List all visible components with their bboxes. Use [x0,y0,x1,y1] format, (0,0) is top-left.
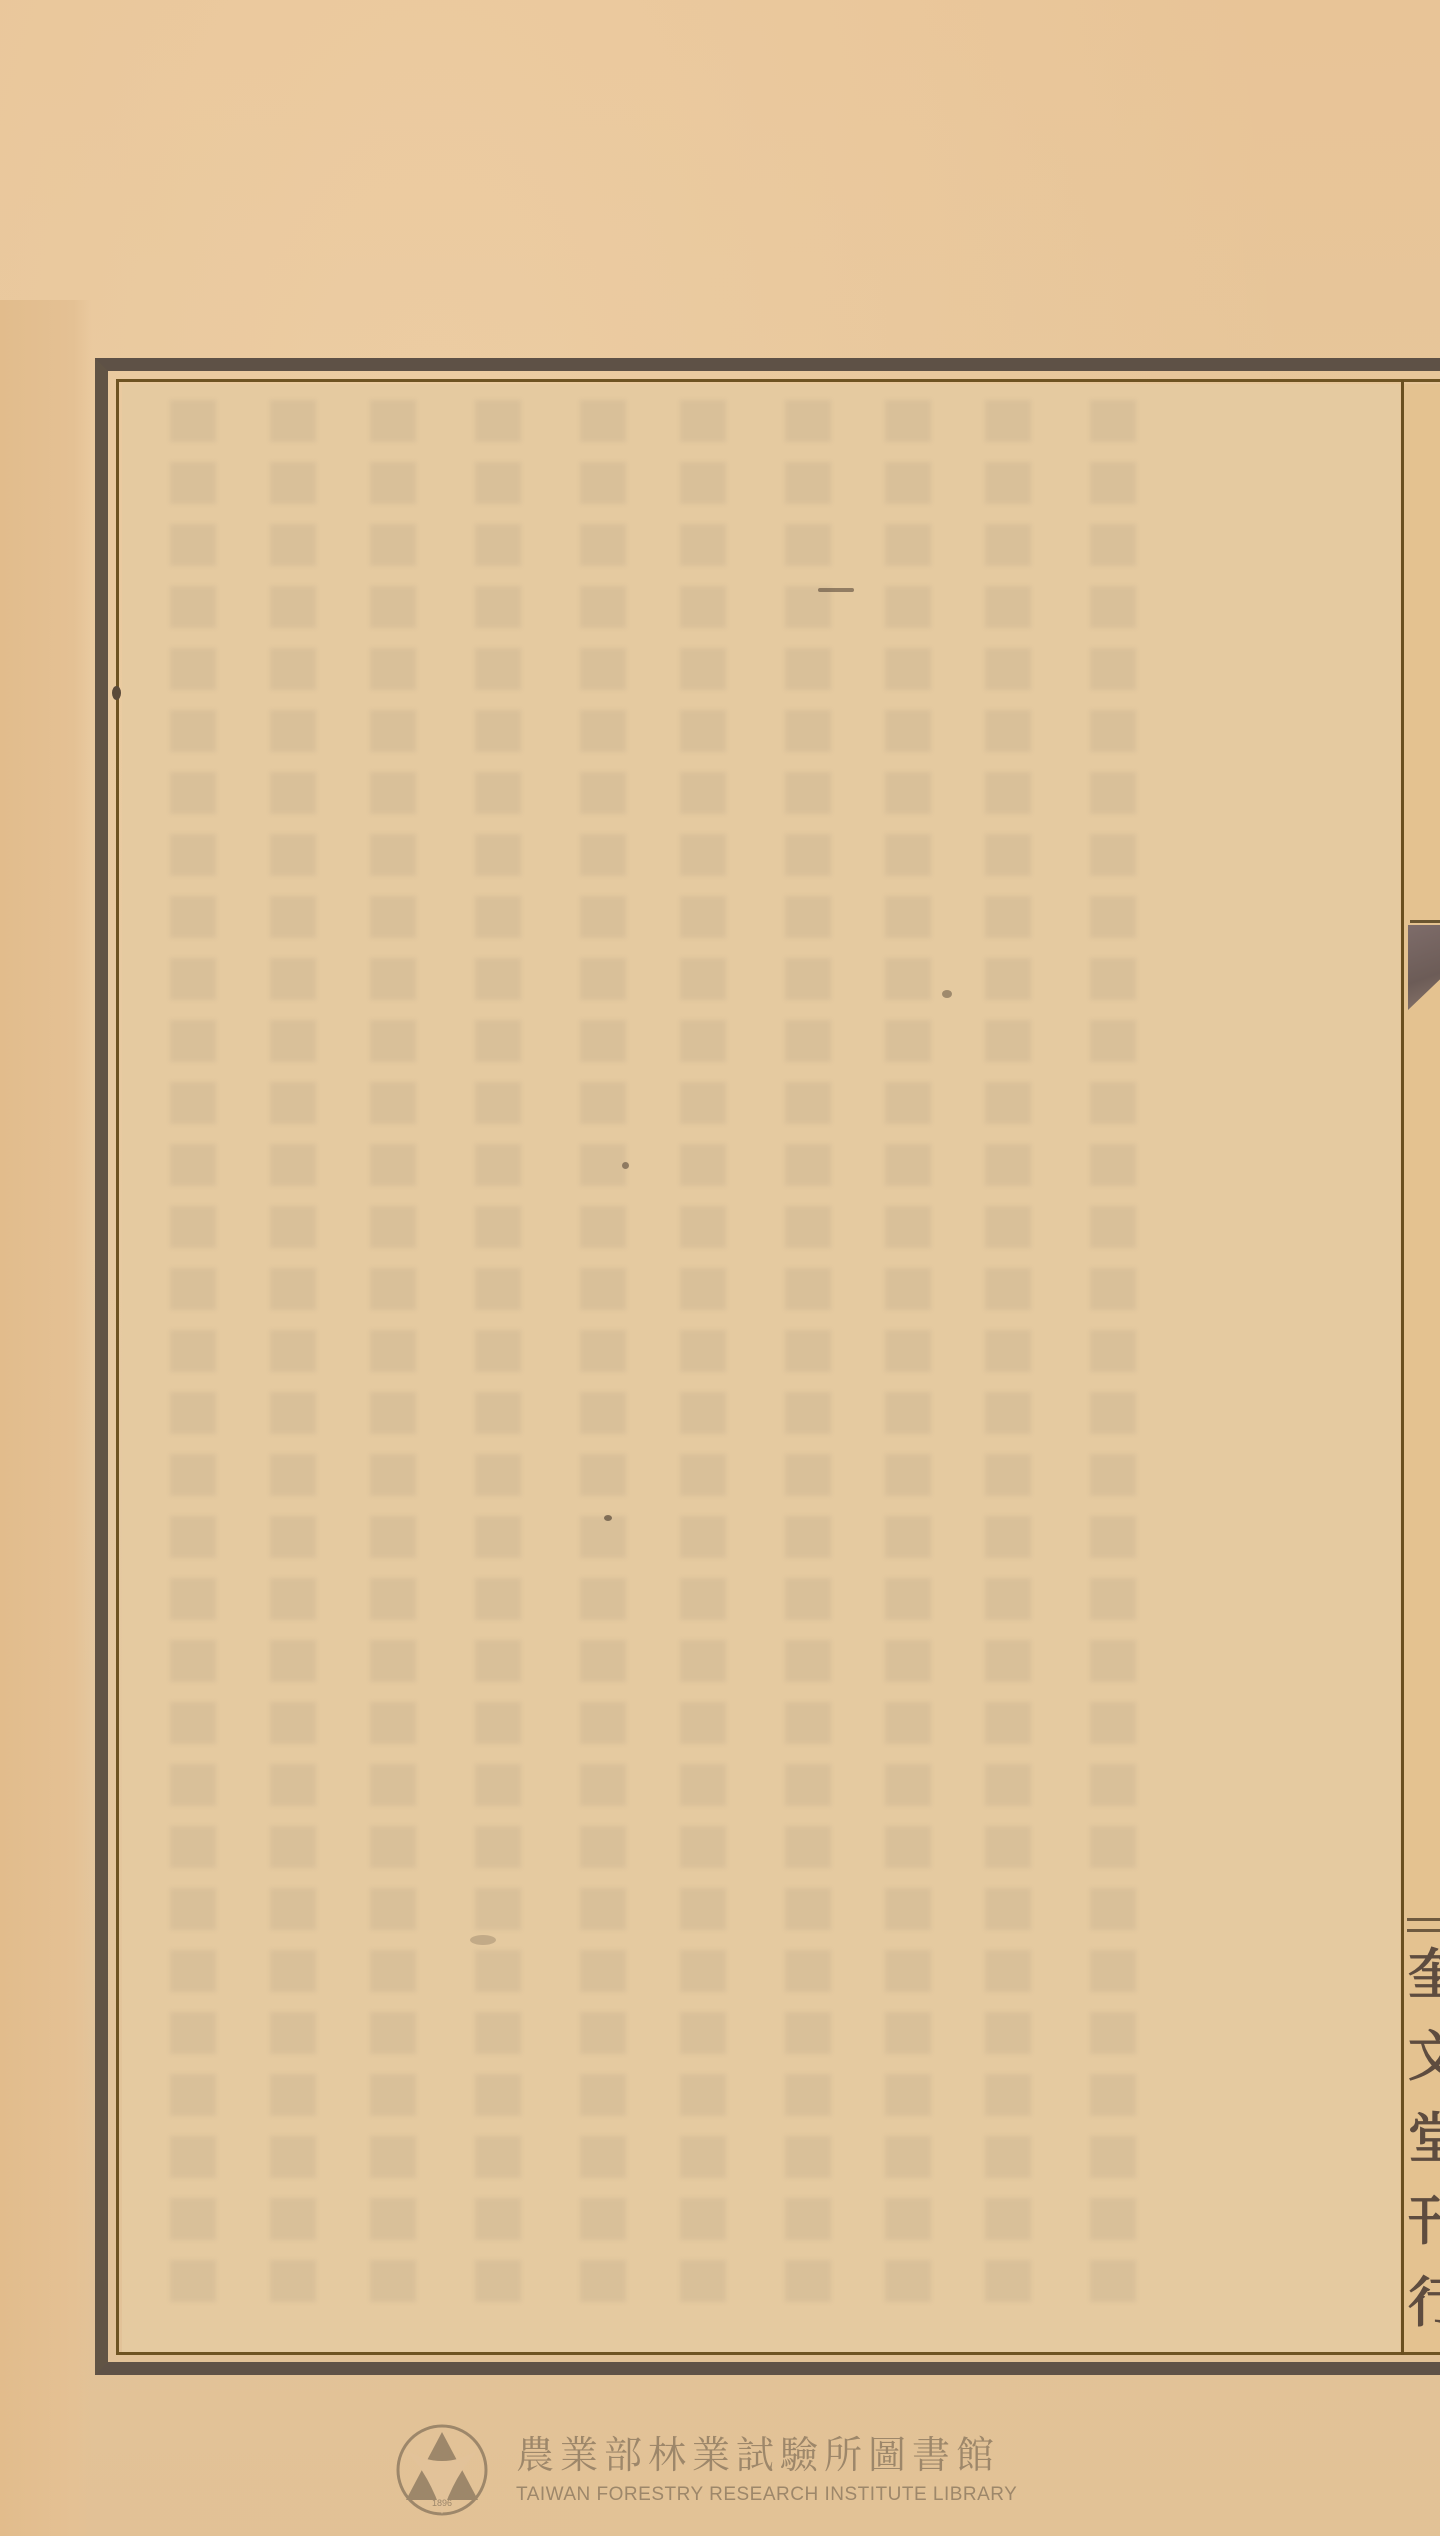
colophon-char: 行 [1408,2273,1440,2331]
colophon-publisher: 奎 文 堂 刊 行 [1408,1945,1440,2331]
ink-speck [112,686,121,700]
ink-speck [818,588,854,592]
colophon-double-line-mark [1407,1918,1440,1932]
colophon-char: 文 [1408,2027,1440,2085]
watermark-title-en: TAIWAN FORESTRY RESEARCH INSTITUTE LIBRA… [516,2484,1017,2506]
colophon-char: 堂 [1408,2109,1440,2167]
ink-speck [470,1935,496,1945]
ink-speck [604,1515,612,1521]
inner-frame-border [116,379,1440,2355]
library-watermark: 1896 農業部林業試驗所圖書館 TAIWAN FORESTRY RESEARC… [382,2410,1082,2530]
center-fold-divider-line [1401,380,1404,2355]
watermark-title-cn: 農業部林業試驗所圖書館 [516,2424,1000,2479]
forestry-institute-emblem-icon: 1896 [382,2410,502,2530]
colophon-char: 刊 [1408,2191,1440,2249]
page-edge-shadow [0,300,92,2536]
colophon-char: 奎 [1408,1945,1440,2003]
fishtail-top-line [1410,920,1440,923]
ink-speck [942,990,952,998]
svg-text:1896: 1896 [432,2498,452,2508]
ink-speck [622,1162,629,1169]
